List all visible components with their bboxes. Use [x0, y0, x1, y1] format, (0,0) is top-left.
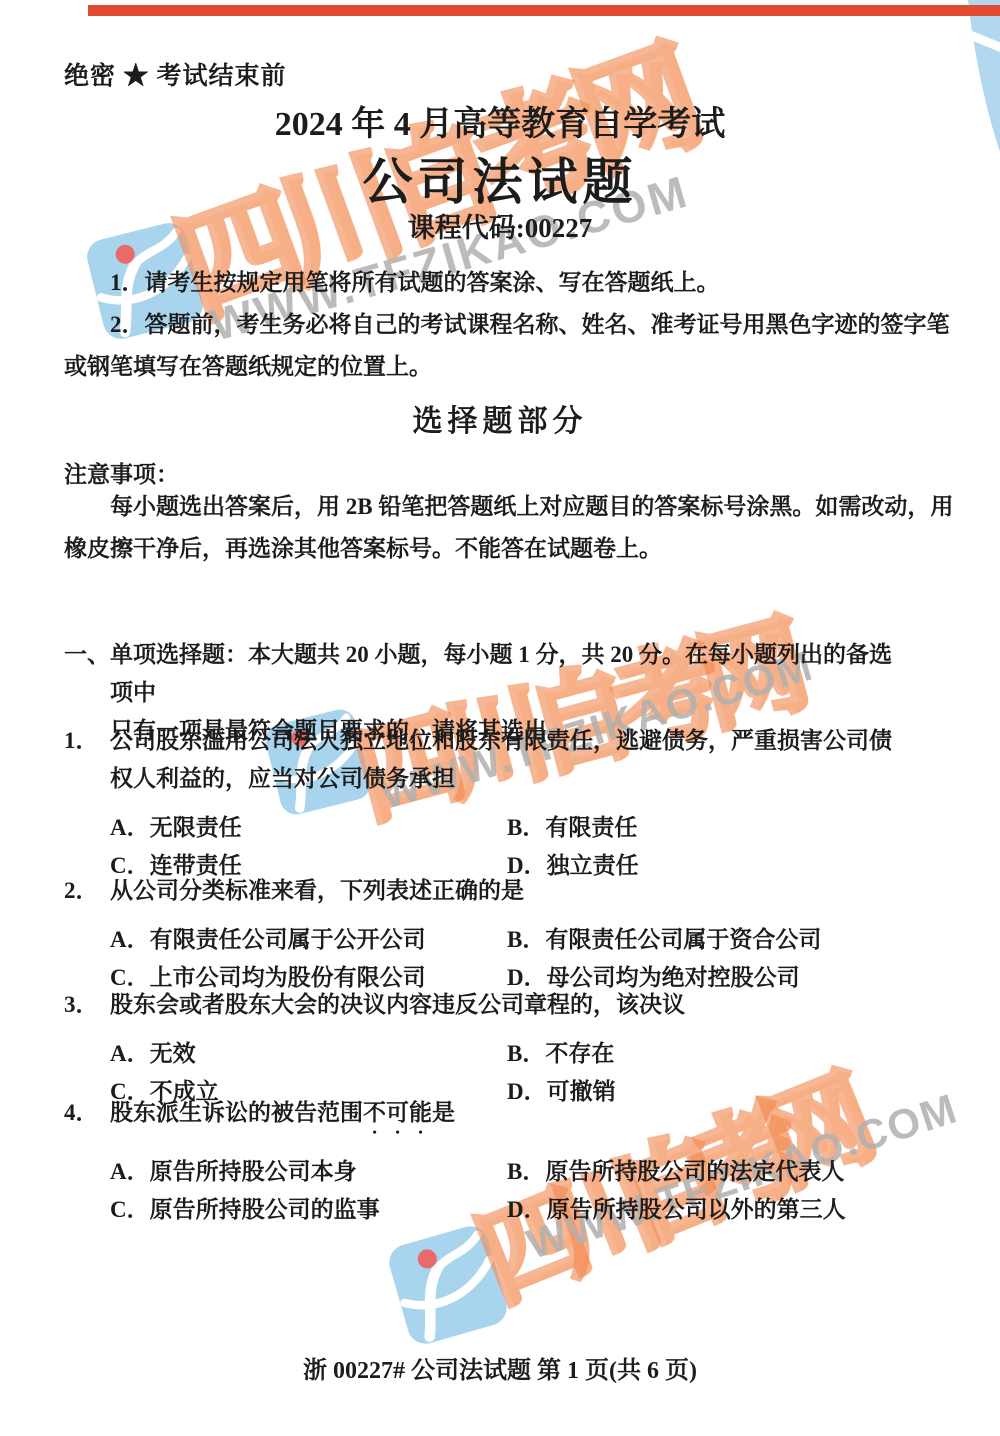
option-a: A．有限责任公司属于公开公司 [110, 921, 507, 959]
option-text: 有限责任公司属于公开公司 [150, 927, 426, 952]
stem-text: 公司股东滥用公司法人独立地位和股东有限责任，逃避债务，严重损害公司债权人利益的，… [110, 728, 892, 791]
notice-label: 注意事项： [64, 456, 179, 489]
option-b: B．有限责任 [507, 809, 964, 847]
question-stem: 从公司分类标准来看，下列表述正确的是 [110, 872, 910, 917]
option-label: A． [110, 815, 150, 840]
exam-paper-page: 四川自考网 四川自考网 四川自考网 WWW.TFZIKAO.COM WWW.TF… [0, 0, 1000, 1436]
stem-text: 股东派生诉讼的被告范围 [110, 1100, 363, 1125]
stem-emphasized-text: 不可能 [363, 1100, 432, 1125]
option-label: B． [507, 1041, 545, 1066]
question-stem: 股东会或者股东大会的决议内容违反公司章程的，该决议 [110, 986, 910, 1031]
option-text: 原告所持股公司的监事 [150, 1197, 380, 1222]
option-text: 原告所持股公司的法定代表人 [545, 1159, 844, 1184]
option-label: C． [110, 1197, 150, 1222]
instruction-item: 1．请考生按规定用笔将所有试题的答案涂、写在答题纸上。 [64, 262, 962, 304]
question-number: 4． [64, 1094, 110, 1132]
question-number: 3． [64, 986, 110, 1024]
question: 3． 股东会或者股东大会的决议内容违反公司章程的，该决议 A．无效 B．不存在 … [64, 986, 964, 1111]
question-stem: 公司股东滥用公司法人独立地位和股东有限责任，逃避债务，严重损害公司债权人利益的，… [110, 722, 910, 805]
option-text: 原告所持股公司本身 [150, 1159, 357, 1184]
classification-label: 绝密 ★ 考试结束前 [64, 56, 287, 92]
option-label: D． [507, 1197, 547, 1222]
question-number: 2． [64, 872, 110, 910]
option-label: B． [507, 1159, 545, 1184]
option-label: B． [507, 927, 545, 952]
section-heading: 选择题部分 [0, 396, 1000, 440]
option-label: A． [110, 927, 150, 952]
option-a: A．原告所持股公司本身 [110, 1153, 507, 1191]
options-grid: A．原告所持股公司本身 B．原告所持股公司的法定代表人 C．原告所持股公司的监事… [110, 1153, 964, 1229]
part-intro-line: 单项选择题：本大题共 20 小题，每小题 1 分，共 20 分。在每小题列出的备… [110, 642, 892, 705]
option-text: 原告所持股公司以外的第三人 [547, 1197, 846, 1222]
stem-text: 股东会或者股东大会的决议内容违反公司章程的，该决议 [110, 992, 685, 1017]
page-footer: 浙 00227# 公司法试题 第 1 页(共 6 页) [0, 1350, 1000, 1385]
stem-text: 是 [432, 1100, 455, 1125]
course-code: 课程代码:00227 [0, 206, 1000, 245]
document-content: 绝密 ★ 考试结束前 2024 年 4 月高等教育自学考试 公司法试题 课程代码… [0, 0, 1000, 1436]
option-label: A． [110, 1159, 150, 1184]
question: 4． 股东派生诉讼的被告范围不可能是 A．原告所持股公司本身 B．原告所持股公司… [64, 1094, 964, 1229]
option-a: A．无限责任 [110, 809, 507, 847]
stem-text: 从公司分类标准来看，下列表述正确的是 [110, 878, 524, 903]
option-text: 有限责任公司属于资合公司 [545, 927, 821, 952]
option-text: 有限责任 [545, 815, 637, 840]
part-number: 一、 [64, 636, 110, 674]
exam-session-title: 2024 年 4 月高等教育自学考试 [0, 96, 1000, 145]
option-text: 无限责任 [150, 815, 242, 840]
option-d: D．原告所持股公司以外的第三人 [507, 1191, 964, 1229]
option-label: B． [507, 815, 545, 840]
instruction-item: 2．答题前，考生务必将自己的考试课程名称、姓名、准考证号用黑色字迹的签字笔或钢笔… [64, 304, 962, 388]
option-text: 不存在 [545, 1041, 614, 1066]
question: 1． 公司股东滥用公司法人独立地位和股东有限责任，逃避债务，严重损害公司债权人利… [64, 722, 964, 885]
general-instructions: 1．请考生按规定用笔将所有试题的答案涂、写在答题纸上。 2．答题前，考生务必将自… [64, 262, 962, 388]
option-a: A．无效 [110, 1035, 507, 1073]
question-stem: 股东派生诉讼的被告范围不可能是 [110, 1094, 910, 1139]
option-label: A． [110, 1041, 150, 1066]
top-red-bar [88, 5, 1000, 16]
option-c: C．原告所持股公司的监事 [110, 1191, 507, 1229]
notice-text: 每小题选出答案后，用 2B 铅笔把答题纸上对应题目的答案标号涂黑。如需改动，用橡… [64, 486, 960, 570]
option-text: 无效 [150, 1041, 196, 1066]
option-b: B．原告所持股公司的法定代表人 [507, 1153, 964, 1191]
option-b: B．不存在 [507, 1035, 964, 1073]
question-number: 1． [64, 722, 110, 760]
option-b: B．有限责任公司属于资合公司 [507, 921, 964, 959]
page-title: 公司法试题 [0, 142, 1000, 214]
question: 2． 从公司分类标准来看，下列表述正确的是 A．有限责任公司属于公开公司 B．有… [64, 872, 964, 997]
